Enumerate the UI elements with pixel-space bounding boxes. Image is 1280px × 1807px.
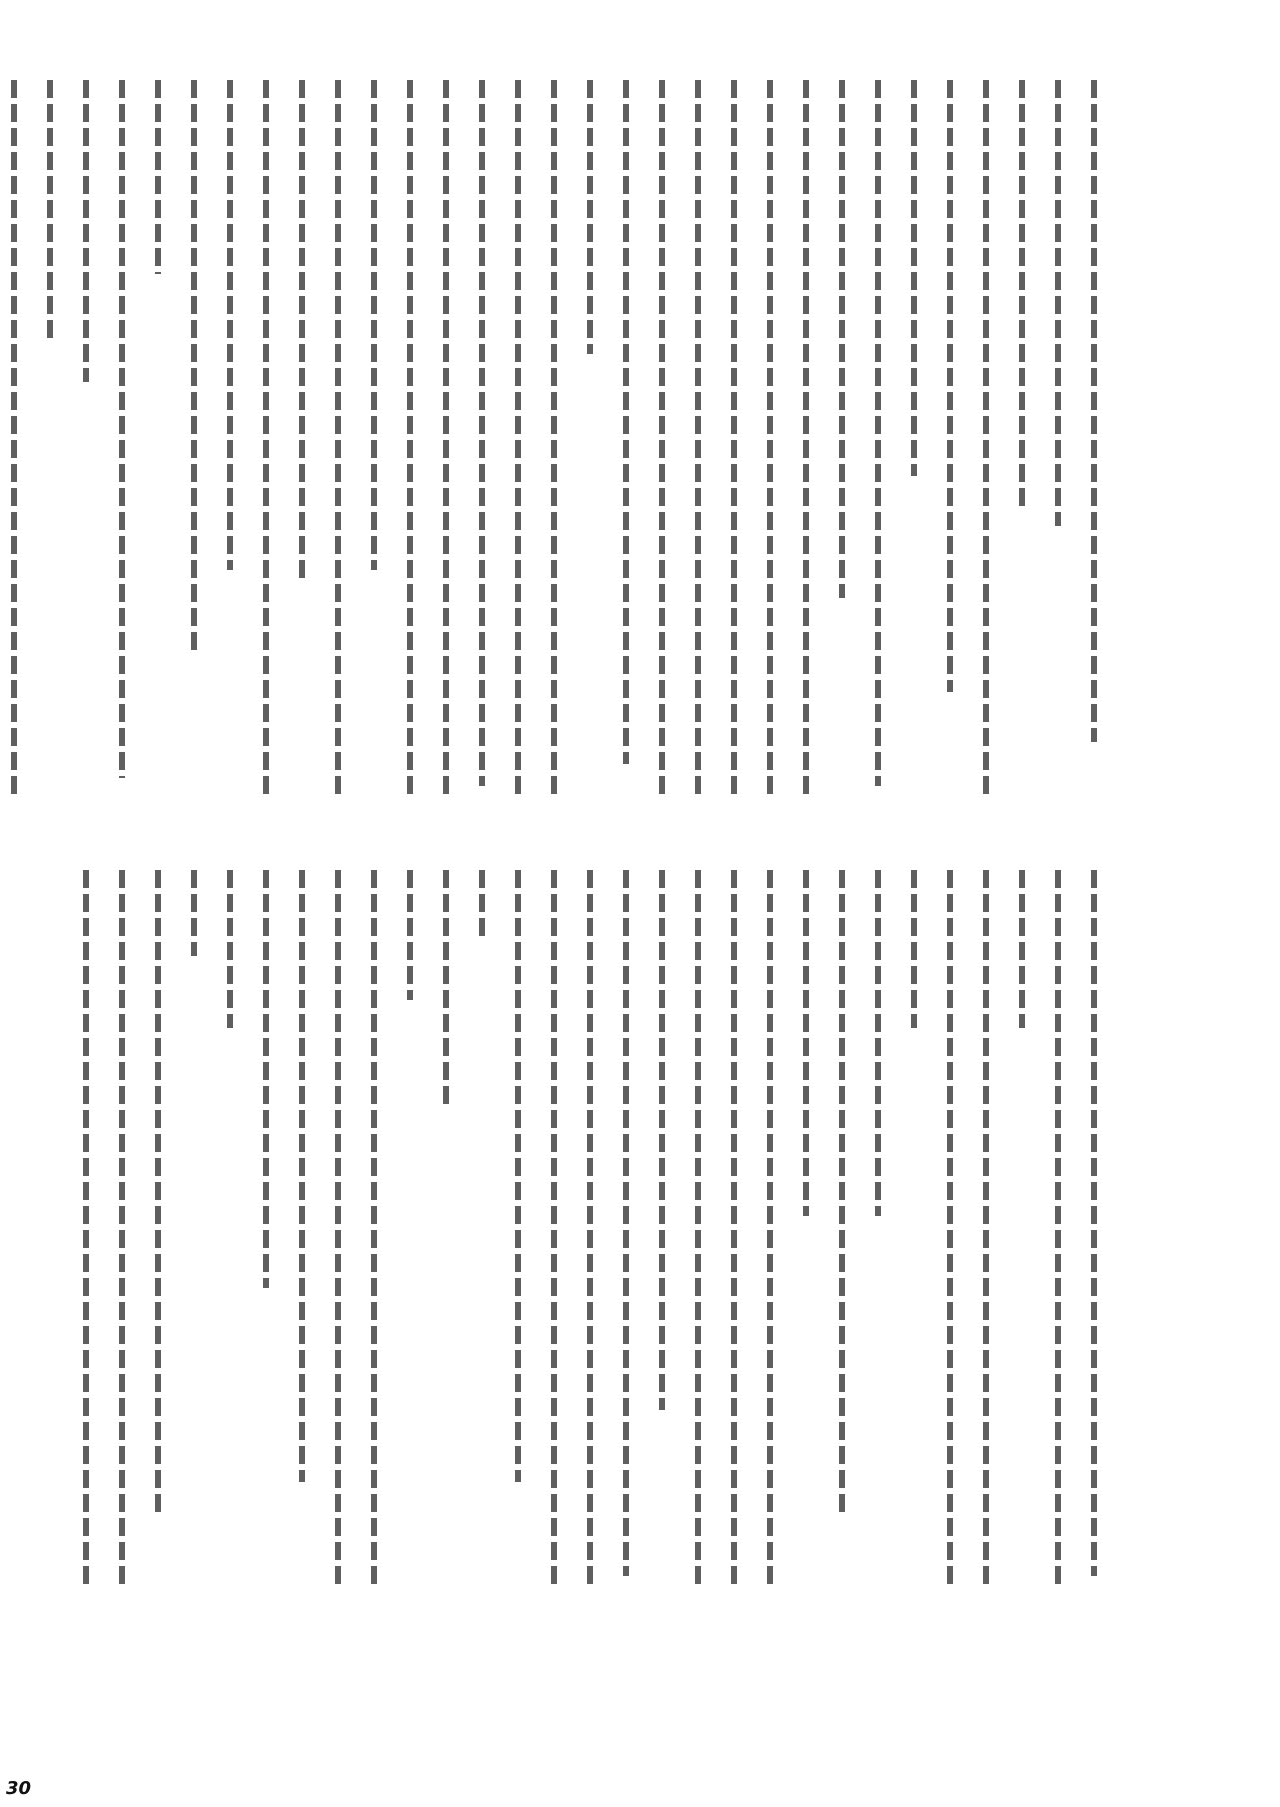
text-line (399, 870, 421, 1590)
text-line (651, 870, 673, 1590)
text-line (39, 80, 61, 800)
text-line (363, 80, 385, 800)
page-number: 30 (6, 1778, 31, 1799)
text-line (579, 80, 601, 800)
text-line (255, 870, 277, 1590)
text-line (723, 870, 745, 1590)
text-line (147, 870, 169, 1590)
text-line (579, 870, 601, 1590)
text-line (111, 870, 133, 1590)
text-line (3, 80, 25, 800)
text-line (1083, 80, 1105, 800)
text-line (867, 80, 889, 800)
text-line (867, 870, 889, 1590)
text-line (75, 80, 97, 800)
text-line (651, 80, 673, 800)
text-line (147, 80, 169, 800)
text-line (399, 80, 421, 800)
text-line (291, 80, 313, 800)
text-line (75, 870, 97, 1590)
text-line (903, 80, 925, 800)
text-line (291, 870, 313, 1590)
text-line (975, 80, 997, 800)
text-line (543, 870, 565, 1590)
text-line (759, 80, 781, 800)
text-line (219, 80, 241, 800)
text-line (939, 80, 961, 800)
document-page: 30 (0, 0, 1280, 1807)
text-line (111, 80, 133, 800)
text-line (471, 870, 493, 1590)
text-line (795, 870, 817, 1590)
text-line (507, 80, 529, 800)
text-line (1083, 870, 1105, 1590)
text-line (543, 80, 565, 800)
text-line (219, 870, 241, 1590)
text-line (255, 80, 277, 800)
text-block-bottom (75, 870, 1105, 1590)
text-line (903, 870, 925, 1590)
text-line (435, 80, 457, 800)
text-block-top (0, 80, 1105, 800)
text-line (759, 870, 781, 1590)
text-line (507, 870, 529, 1590)
text-line (1047, 80, 1069, 800)
text-line (363, 870, 385, 1590)
text-line (831, 80, 853, 800)
text-line (1011, 870, 1033, 1590)
text-line (615, 80, 637, 800)
text-line (327, 870, 349, 1590)
text-line (723, 80, 745, 800)
text-line (327, 80, 349, 800)
text-line (1011, 80, 1033, 800)
text-line (687, 870, 709, 1590)
text-line (831, 870, 853, 1590)
text-line (1047, 870, 1069, 1590)
text-line (471, 80, 493, 800)
text-line (975, 870, 997, 1590)
text-line (939, 870, 961, 1590)
text-line (183, 870, 205, 1590)
text-line (687, 80, 709, 800)
text-line (435, 870, 457, 1590)
text-line (795, 80, 817, 800)
text-line (615, 870, 637, 1590)
text-line (183, 80, 205, 800)
